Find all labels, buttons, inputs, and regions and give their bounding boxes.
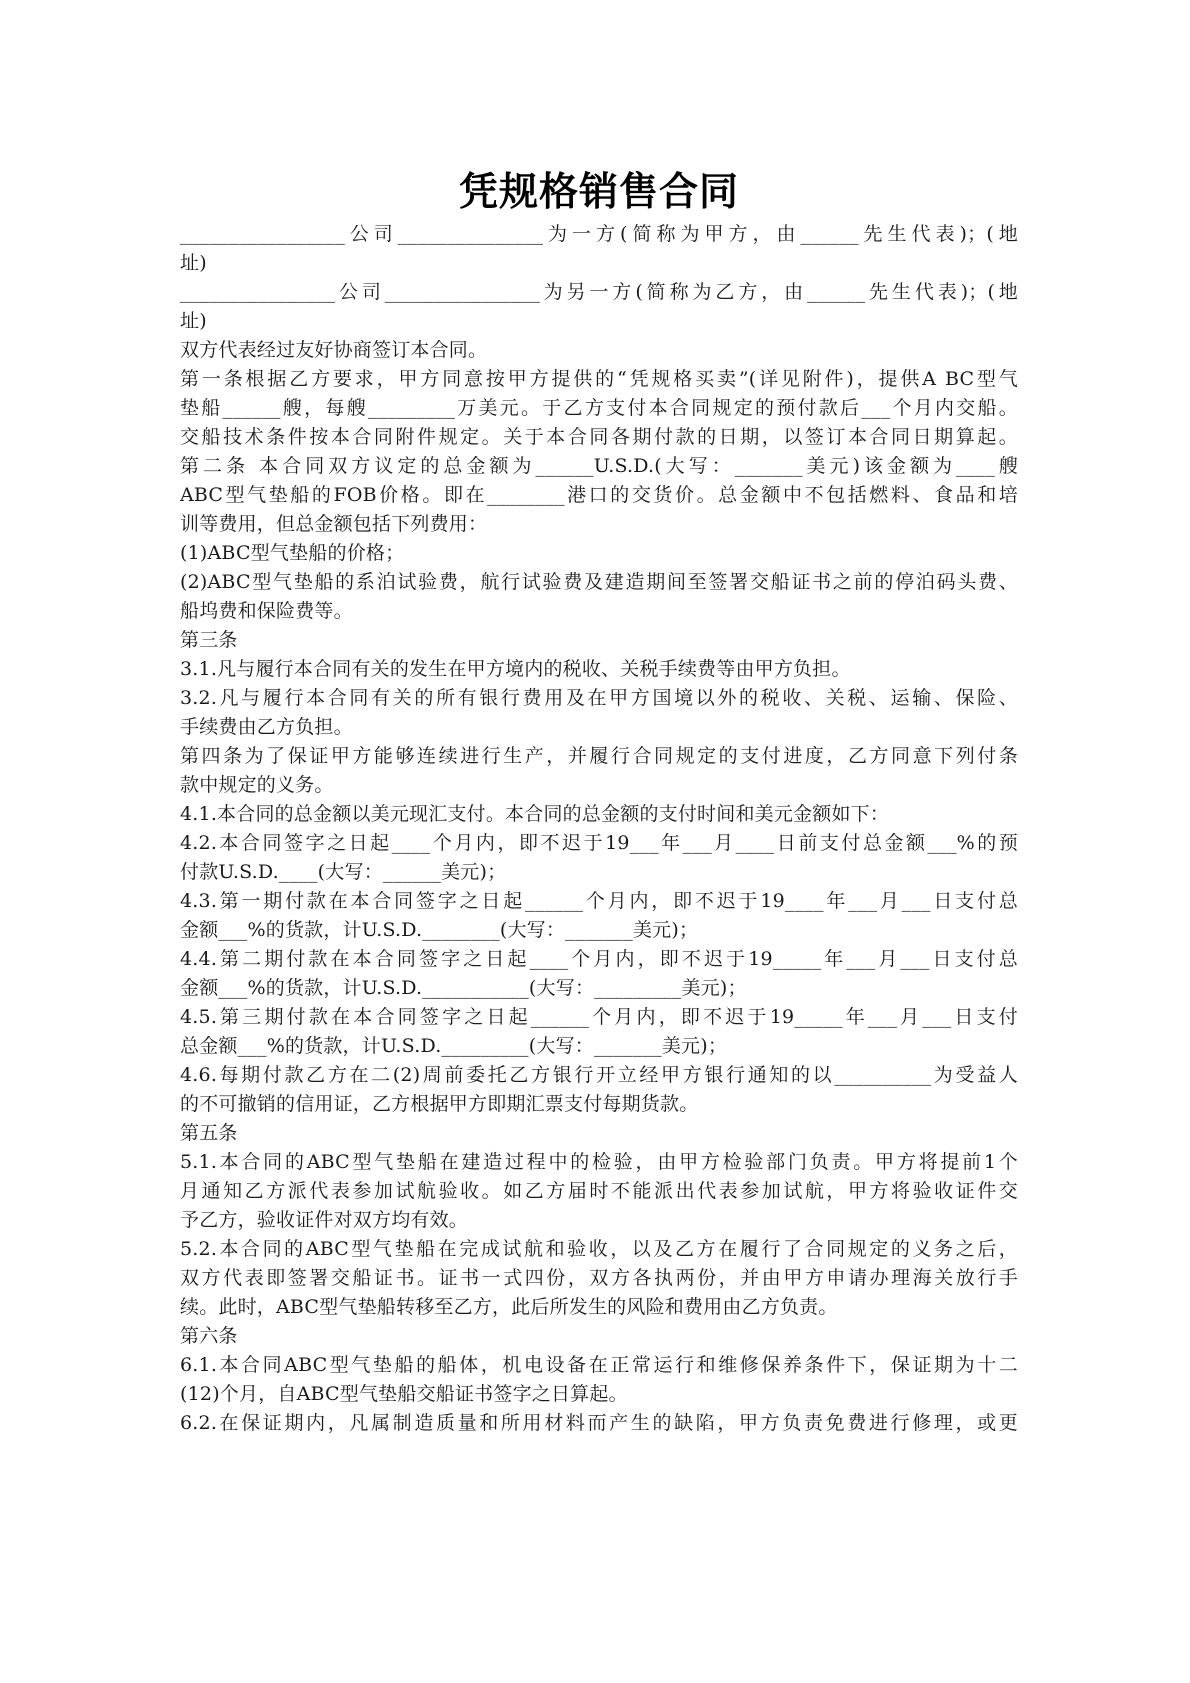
clause-4-2-line-2: 付款U.S.D.____(大写：______美元)； xyxy=(180,858,1018,887)
clause-4-6-line-1: 4.6.每期付款乙方在二(2)周前委托乙方银行开立经甲方银行通知的以______… xyxy=(180,1061,1018,1090)
article-2-line-3: 训等费用，但总金额包括下列费用： xyxy=(180,510,1018,539)
clause-3-2-line-2: 手续费由乙方负担。 xyxy=(180,713,1018,742)
article-5-heading: 第五条 xyxy=(180,1119,1018,1148)
article-2-item-2-line-2: 船坞费和保险费等。 xyxy=(180,597,1018,626)
clause-5-2-line-2: 双方代表即签署交船证书。证书一式四份，双方各执两份，并由甲方申请办理海关放行手 xyxy=(180,1264,1018,1293)
clause-4-2-line-1: 4.2.本合同签字之日起____个月内，即不迟于19___年___月____日前… xyxy=(180,829,1018,858)
clause-4-3-line-2: 金额___%的货款，计U.S.D.________(大写：_______美元)； xyxy=(180,916,1018,945)
clause-5-1-line-2: 月通知乙方派代表参加试航验收。如乙方届时不能派出代表参加试航，甲方将验收证件交 xyxy=(180,1177,1018,1206)
clause-5-1-line-1: 5.1.本合同的ABC型气垫船在建造过程中的检验，由甲方检验部门负责。甲方将提前… xyxy=(180,1148,1018,1177)
article-1-line-2: 垫船______艘，每艘_________万美元。于乙方支付本合同规定的预付款后… xyxy=(180,394,1018,423)
document-body: _________________公司_______________为一方(简称… xyxy=(180,220,1018,1438)
article-2-item-1: (1)ABC型气垫船的价格； xyxy=(180,539,1018,568)
clause-6-1-line-1: 6.1.本合同ABC型气垫船的船体，机电设备在正常运行和维修保养条件下，保证期为… xyxy=(180,1351,1018,1380)
clause-4-6-line-2: 的不可撤销的信用证，乙方根据甲方即期汇票支付每期货款。 xyxy=(180,1090,1018,1119)
clause-3-1: 3.1.凡与履行本合同有关的发生在甲方境内的税收、关税手续费等由甲方负担。 xyxy=(180,655,1018,684)
article-3-heading: 第三条 xyxy=(180,626,1018,655)
article-1-line-1: 第一条根据乙方要求，甲方同意按甲方提供的“凭规格买卖”(详见附件)，提供A BC… xyxy=(180,365,1018,394)
clause-5-1-line-3: 予乙方，验收证件对双方均有效。 xyxy=(180,1206,1018,1235)
party-a-address: 址) xyxy=(180,249,1018,278)
article-2-line-1: 第二条 本合同双方议定的总金额为______U.S.D.(大写：_______美… xyxy=(180,452,1018,481)
article-4-line-2: 款中规定的义务。 xyxy=(180,771,1018,800)
clause-6-2-line-1: 6.2.在保证期内，凡属制造质量和所用材料而产生的缺陷，甲方负责免费进行修理，或… xyxy=(180,1409,1018,1438)
clause-4-3-line-1: 4.3.第一期付款在本合同签字之日起______个月内，即不迟于19____年_… xyxy=(180,887,1018,916)
article-2-item-2-line-1: (2)ABC型气垫船的系泊试验费，航行试验费及建造期间至签署交船证书之前的停泊码… xyxy=(180,568,1018,597)
clause-4-4-line-1: 4.4.第二期付款在本合同签字之日起____个月内，即不迟于19_____年__… xyxy=(180,945,1018,974)
document-title: 凭规格销售合同 xyxy=(180,168,1018,218)
clause-5-2-line-3: 续。此时，ABC型气垫船转移至乙方，此后所发生的风险和费用由乙方负责。 xyxy=(180,1293,1018,1322)
clause-5-2-line-1: 5.2.本合同的ABC型气垫船在完成试航和验收，以及乙方在履行了合同规定的义务之… xyxy=(180,1235,1018,1264)
clause-4-5-line-1: 4.5.第三期付款在本合同签字之日起______个月内，即不迟于19_____年… xyxy=(180,1003,1018,1032)
clause-4-1: 4.1.本合同的总金额以美元现汇支付。本合同的总金额的支付时间和美元金额如下： xyxy=(180,800,1018,829)
clause-6-1-line-2: (12)个月，自ABC型气垫船交船证书签字之日算起。 xyxy=(180,1380,1018,1409)
article-1-line-3: 交船技术条件按本合同附件规定。关于本合同各期付款的日期，以签订本合同日期算起。 xyxy=(180,423,1018,452)
article-2-line-2: ABC型气垫船的FOB价格。即在________港口的交货价。总金额中不包括燃料… xyxy=(180,481,1018,510)
document-page: 凭规格销售合同 _________________公司_____________… xyxy=(180,150,1018,1438)
clause-4-4-line-2: 金额___%的货款，计U.S.D.___________(大写：________… xyxy=(180,974,1018,1003)
clause-4-5-line-2: 总金额___%的货款，计U.S.D._________(大写：_______美元… xyxy=(180,1032,1018,1061)
article-4-line-1: 第四条为了保证甲方能够连续进行生产，并履行合同规定的支付进度，乙方同意下列付条 xyxy=(180,742,1018,771)
article-6-heading: 第六条 xyxy=(180,1322,1018,1351)
preamble: 双方代表经过友好协商签订本合同。 xyxy=(180,336,1018,365)
party-b-address: 址) xyxy=(180,307,1018,336)
clause-3-2-line-1: 3.2.凡与履行本合同有关的所有银行费用及在甲方国境以外的税收、关税、运输、保险… xyxy=(180,684,1018,713)
party-a-line: _________________公司_______________为一方(简称… xyxy=(180,220,1018,249)
party-b-line: ________________公司________________为另一方(简… xyxy=(180,278,1018,307)
